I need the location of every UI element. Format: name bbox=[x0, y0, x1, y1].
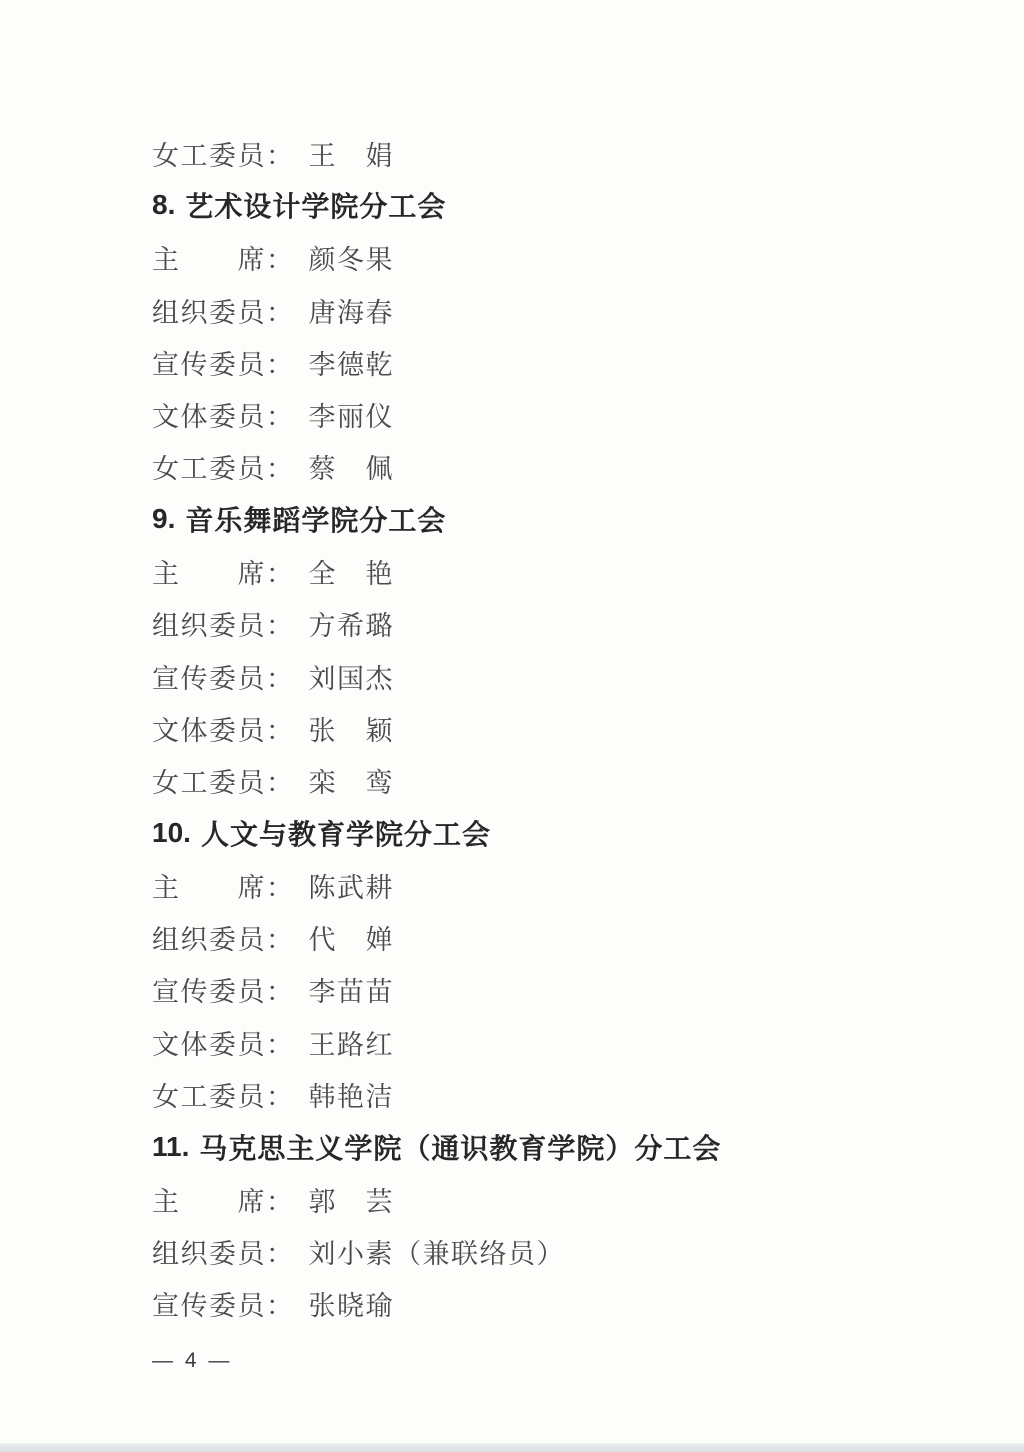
committee-entry-row: 宣传委员：李苗苗 bbox=[152, 964, 964, 1016]
role-label: 组织委员： bbox=[152, 604, 295, 643]
section-heading: 8.艺术设计学院分工会 bbox=[152, 179, 964, 231]
committee-entry-row: 女工委员：王 娟 bbox=[152, 127, 964, 179]
document-page: 女工委员：王 娟 8.艺术设计学院分工会 主 席：颜冬果 组织委员：唐海春 宣传… bbox=[0, 0, 1024, 1452]
committee-entry-row: 主 席：全 艳 bbox=[152, 545, 964, 597]
committee-entry-row: 文体委员：李丽仪 bbox=[152, 388, 964, 440]
member-name: 蔡 佩 bbox=[309, 447, 395, 486]
role-label: 宣传委员： bbox=[152, 343, 295, 382]
role-label: 组织委员： bbox=[152, 918, 295, 957]
member-name: 张晓瑜 bbox=[309, 1284, 395, 1323]
role-label: 主 席： bbox=[152, 552, 295, 591]
role-label: 女工委员： bbox=[152, 447, 295, 486]
member-name: 李丽仪 bbox=[309, 395, 395, 434]
section-number: 10. bbox=[152, 817, 191, 849]
section-heading: 11.马克思主义学院（通识教育学院）分工会 bbox=[152, 1121, 964, 1173]
member-name: 王路红 bbox=[309, 1023, 395, 1062]
committee-entry-row: 组织委员：唐海春 bbox=[152, 284, 964, 336]
role-label: 女工委员： bbox=[152, 1075, 295, 1114]
section-title: 音乐舞蹈学院分工会 bbox=[185, 499, 446, 539]
member-name: 代 婵 bbox=[309, 918, 395, 957]
document-body: 女工委员：王 娟 8.艺术设计学院分工会 主 席：颜冬果 组织委员：唐海春 宣传… bbox=[0, 0, 1024, 1387]
role-label: 主 席： bbox=[152, 1180, 295, 1219]
role-label: 主 席： bbox=[152, 238, 295, 277]
section-number: 11. bbox=[152, 1131, 189, 1163]
committee-entry-row: 女工委员：栾 鸾 bbox=[152, 755, 964, 807]
section-number: 8. bbox=[152, 189, 175, 221]
role-label: 女工委员： bbox=[152, 761, 295, 800]
section-title: 马克思主义学院（通识教育学院）分工会 bbox=[199, 1127, 721, 1167]
member-name: 刘小素（兼联络员） bbox=[309, 1232, 566, 1271]
committee-entry-row: 主 席：陈武耕 bbox=[152, 859, 964, 911]
member-name: 栾 鸾 bbox=[309, 761, 395, 800]
member-name: 韩艳洁 bbox=[309, 1075, 395, 1114]
section-heading: 10.人文与教育学院分工会 bbox=[152, 807, 964, 859]
role-label: 组织委员： bbox=[152, 1232, 295, 1271]
committee-entry-row: 宣传委员：刘国杰 bbox=[152, 650, 964, 702]
role-label: 女工委员： bbox=[152, 134, 295, 173]
scan-artifact-bottom-bar bbox=[0, 1443, 1024, 1452]
committee-entry-row: 组织委员：代 婵 bbox=[152, 911, 964, 963]
member-name: 刘国杰 bbox=[309, 657, 395, 696]
committee-entry-row: 女工委员：韩艳洁 bbox=[152, 1068, 964, 1120]
committee-entry-row: 文体委员：张 颖 bbox=[152, 702, 964, 754]
committee-entry-row: 组织委员：刘小素（兼联络员） bbox=[152, 1225, 964, 1277]
member-name: 唐海春 bbox=[309, 291, 395, 330]
committee-entry-row: 宣传委员：李德乾 bbox=[152, 336, 964, 388]
member-name: 李苗苗 bbox=[309, 970, 395, 1009]
role-label: 主 席： bbox=[152, 866, 295, 905]
role-label: 文体委员： bbox=[152, 1023, 295, 1062]
member-name: 郭 芸 bbox=[309, 1180, 395, 1219]
member-name: 李德乾 bbox=[309, 343, 395, 382]
role-label: 组织委员： bbox=[152, 291, 295, 330]
committee-entry-row: 宣传委员：张晓瑜 bbox=[152, 1278, 964, 1330]
committee-entry-row: 女工委员：蔡 佩 bbox=[152, 441, 964, 493]
role-label: 文体委员： bbox=[152, 395, 295, 434]
committee-entry-row: 主 席：郭 芸 bbox=[152, 1173, 964, 1225]
role-label: 宣传委员： bbox=[152, 1284, 295, 1323]
role-label: 宣传委员： bbox=[152, 657, 295, 696]
committee-entry-row: 主 席：颜冬果 bbox=[152, 232, 964, 284]
committee-entry-row: 组织委员：方希璐 bbox=[152, 598, 964, 650]
member-name: 王 娟 bbox=[309, 134, 395, 173]
member-name: 全 艳 bbox=[309, 552, 395, 591]
section-title: 人文与教育学院分工会 bbox=[201, 813, 491, 853]
role-label: 宣传委员： bbox=[152, 970, 295, 1009]
section-heading: 9.音乐舞蹈学院分工会 bbox=[152, 493, 964, 545]
member-name: 张 颖 bbox=[309, 709, 395, 748]
member-name: 方希璐 bbox=[309, 604, 395, 643]
page-number-text: — 4 — bbox=[152, 1349, 232, 1373]
section-title: 艺术设计学院分工会 bbox=[185, 185, 446, 225]
committee-entry-row: 文体委员：王路红 bbox=[152, 1016, 964, 1068]
section-number: 9. bbox=[152, 503, 175, 535]
member-name: 陈武耕 bbox=[309, 866, 395, 905]
member-name: 颜冬果 bbox=[309, 238, 395, 277]
page-number: — 4 — bbox=[152, 1335, 964, 1387]
role-label: 文体委员： bbox=[152, 709, 295, 748]
